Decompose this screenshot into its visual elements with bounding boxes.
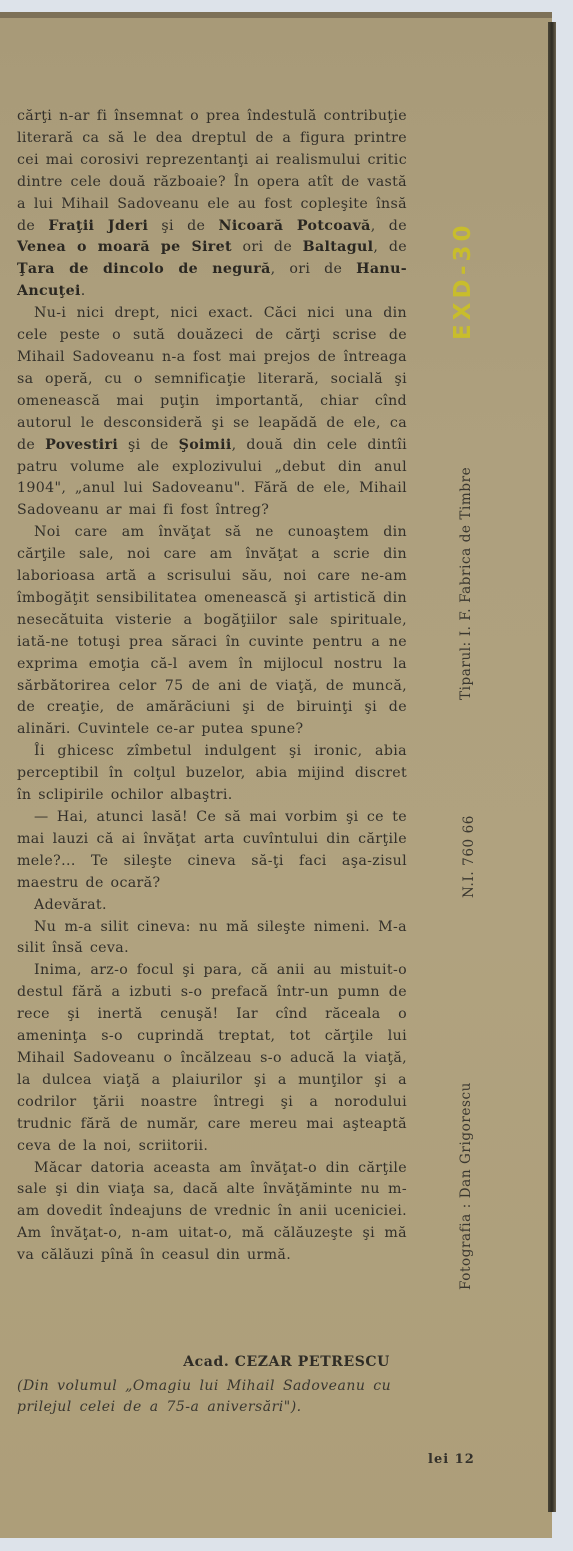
edition-code: EXD-30 [450,221,476,340]
book-title: Ţara de dincolo de negură [17,261,271,277]
article-paragraph: Inima, arz-o focul şi para, că anii au m… [17,960,407,1157]
price-label: lei 12 [428,1452,475,1467]
book-title: Venea o moară pe Siret [17,239,232,255]
book-title: Baltagul [303,239,374,255]
book-title: Nicoară Potcoavă [219,218,371,234]
paragraph-text: şi de [148,218,218,234]
printer-credit: Tiparul: I. F. Fabrica de Timbre [458,467,474,700]
article-paragraph: Îi ghicesc zîmbetul indulgent şi ironic,… [17,741,407,807]
page-right-edge [548,22,556,1512]
book-title: Povestiri [45,437,118,453]
page-top-edge [0,12,552,18]
paragraph-text: Inima, arz-o focul şi para, că anii au m… [17,962,407,1153]
article-paragraph: Nu-i nici drept, nici exact. Căci nici u… [17,303,407,522]
paragraph-text: Îi ghicesc zîmbetul indulgent şi ironic,… [17,743,407,803]
article-body: cărţi n-ar fi însemnat o prea îndestulă … [17,106,407,1267]
article-paragraph: Nu m-a silit cineva: nu mă sileşte nimen… [17,917,407,961]
paragraph-text: Adevărat. [34,897,107,913]
photo-credit: Fotografia : Dan Grigorescu [458,1082,474,1290]
paragraph-text: Nu-i nici drept, nici exact. Căci nici u… [17,305,407,452]
book-title: Şoimii [179,437,232,453]
paragraph-text: Măcar datoria aceasta am învăţat-o din c… [17,1160,407,1264]
paragraph-text: şi de [118,437,179,453]
author-signature: Acad. CEZAR PETRESCU [180,1354,390,1370]
paragraph-text: , ori de [271,261,357,277]
paragraph-text: Noi care am învăţat să ne cunoaştem din … [17,524,407,737]
paragraph-text: . [81,283,86,299]
paragraph-text: Nu m-a silit cineva: nu mă sileşte nimen… [17,919,407,957]
registration-number: N.I. 760 66 [461,815,477,898]
paragraph-text: , de [373,239,407,255]
paragraph-text: ori de [232,239,303,255]
paragraph-text: — Hai, atunci lasă! Ce să mai vorbim şi … [17,809,407,891]
article-paragraph: Adevărat. [17,895,407,917]
article-paragraph: — Hai, atunci lasă! Ce să mai vorbim şi … [17,807,407,895]
paragraph-text: cărţi n-ar fi însemnat o prea îndestulă … [17,108,407,234]
article-paragraph: cărţi n-ar fi însemnat o prea îndestulă … [17,106,407,303]
book-title: Fraţii Jderi [48,218,148,234]
paragraph-text: , de [371,218,407,234]
source-citation: (Din volumul „Omagiu lui Mihail Sadovean… [17,1376,407,1418]
article-paragraph: Noi care am învăţat să ne cunoaştem din … [17,522,407,741]
article-paragraph: Măcar datoria aceasta am învăţat-o din c… [17,1158,407,1268]
